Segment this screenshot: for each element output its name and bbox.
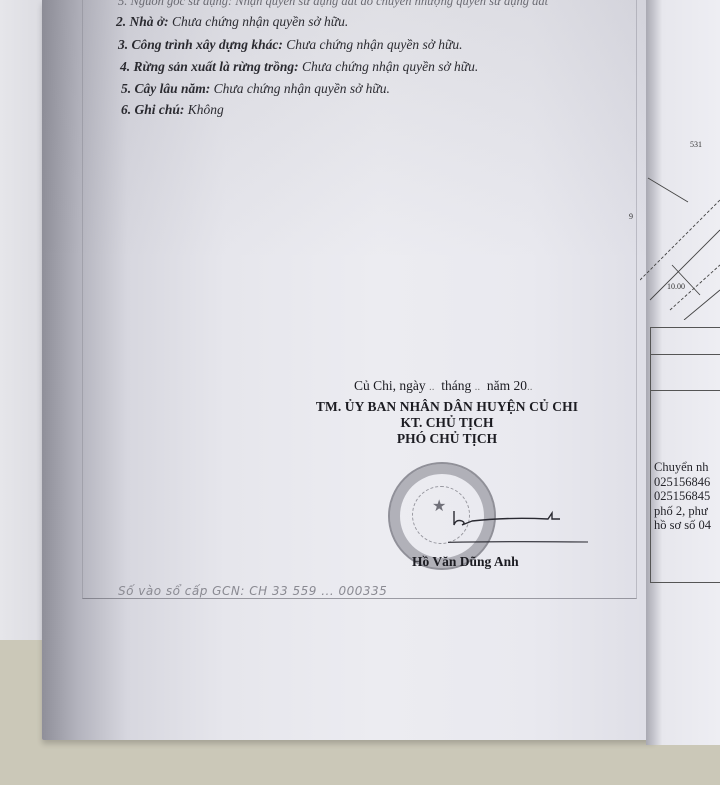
registration-number-note: Số vào sổ cấp GCN: CH 33 559 ... 000335 [118, 584, 387, 598]
adjacent-line: Chuyển nh [654, 460, 711, 475]
adjacent-line: phố 2, phư [654, 504, 711, 519]
item-label: 4. Rừng sản xuất là rừng trồng: [120, 59, 299, 74]
item-value: Chưa chứng nhận quyền sở hữu. [172, 14, 348, 29]
signature-block: Củ Chi, ngày .. tháng .. năm 20.. TM. ỦY… [302, 378, 592, 447]
adjacent-line: 025156846 [654, 475, 711, 490]
star-emblem-icon: ★ [432, 496, 446, 516]
parcel-map-lines [640, 160, 720, 320]
item-other-construction: 3. Công trình xây dựng khác: Chưa chứng … [118, 37, 463, 53]
item-label: 5. Cây lâu năm: [121, 81, 210, 96]
signature-stroke [448, 505, 588, 555]
date-place: Củ Chi, ngày [354, 378, 426, 393]
date-year-label: năm 20 [487, 378, 527, 393]
adjacent-page-text: Chuyển nh 025156846 025156845 phố 2, phư… [654, 460, 711, 533]
item-label: 3. Công trình xây dựng khác: [118, 37, 283, 52]
parcel-number-531: 531 [690, 140, 702, 149]
dimension-label: 10.00 [667, 282, 685, 291]
adjacent-line: 025156845 [654, 489, 711, 504]
position-title: KT. CHỦ TỊCH [302, 415, 592, 431]
position-subtitle: PHÓ CHỦ TỊCH [302, 431, 592, 447]
item-value: Chưa chứng nhận quyền sở hữu. [302, 59, 478, 74]
item-perennial-trees: 5. Cây lâu năm: Chưa chứng nhận quyền sở… [121, 81, 390, 97]
table-rule [651, 354, 720, 355]
item-label: 2. Nhà ở: [116, 14, 169, 29]
cutoff-line: 5. Nguồn gốc sử dụng: Nhận quyền sử dụng… [118, 0, 548, 9]
item-value: Chưa chứng nhận quyền sở hữu. [214, 81, 390, 96]
date-month-label: tháng [441, 378, 471, 393]
item-production-forest: 4. Rừng sản xuất là rừng trồng: Chưa chứ… [120, 59, 478, 75]
item-value: Chưa chứng nhận quyền sở hữu. [286, 37, 462, 52]
date-line: Củ Chi, ngày .. tháng .. năm 20.. [322, 378, 592, 394]
item-house: 2. Nhà ở: Chưa chứng nhận quyền sở hữu. [116, 14, 348, 30]
item-notes: 6. Ghi chú: Không [121, 102, 224, 118]
signer-name: Hồ Văn Dũng Anh [412, 554, 519, 570]
item-value: Không [188, 102, 224, 117]
date-year: .. [527, 381, 533, 393]
parcel-number-9: 9 [629, 212, 633, 221]
item-label: 6. Ghi chú: [121, 102, 184, 117]
org-title: TM. ỦY BAN NHÂN DÂN HUYỆN CỦ CHI [302, 399, 592, 415]
date-month: .. [475, 381, 481, 393]
adjacent-table [650, 327, 720, 583]
date-day: .. [429, 381, 435, 393]
table-rule [651, 390, 720, 391]
adjacent-line: hồ sơ số 04 [654, 518, 711, 533]
